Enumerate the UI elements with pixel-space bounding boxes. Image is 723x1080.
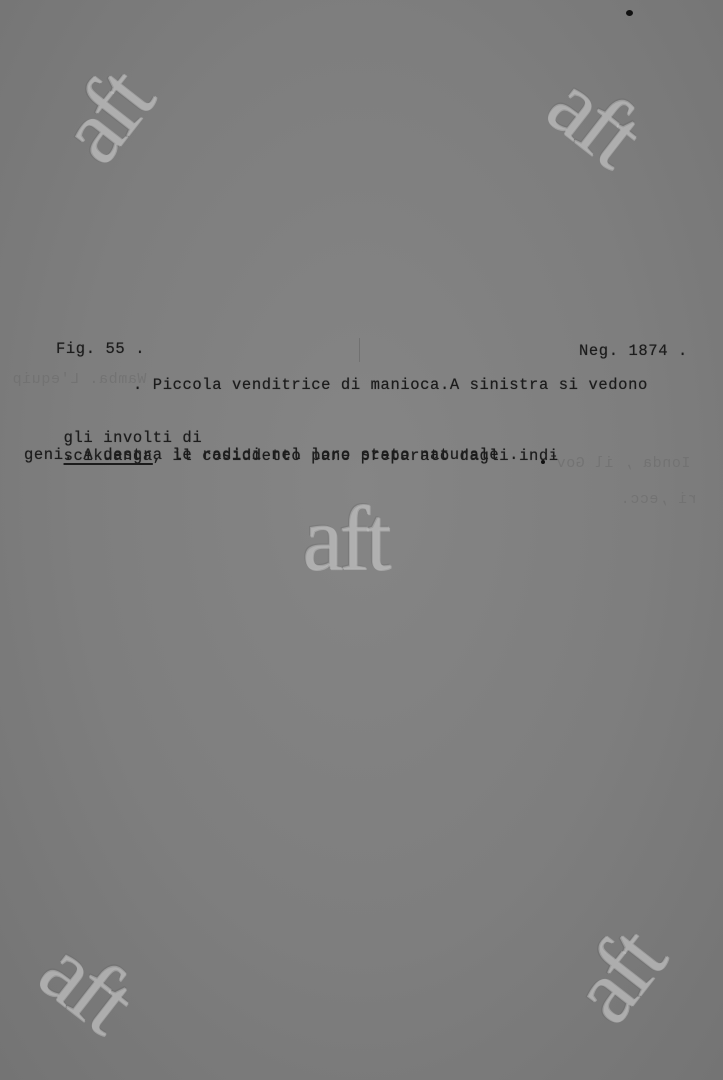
bleed-through-line-3: ri ,ecc.: [620, 491, 697, 508]
caption-line-3: geni. A destra le radici nel loro stato …: [24, 446, 519, 464]
watermark-top-right: aft: [533, 56, 657, 181]
dust-speck: [626, 10, 633, 16]
negative-number: Neg. 1874 .: [579, 342, 688, 360]
figure-label: Fig. 55 .: [56, 340, 145, 358]
bleed-through-line-1: Wamba. L'equip: [12, 371, 146, 388]
paper-crease: [359, 338, 360, 362]
watermark-top-left: aft: [42, 54, 167, 178]
caption-line-2-start: gli involti di: [64, 429, 203, 447]
watermark-bottom-left: aft: [25, 922, 149, 1047]
scanned-page: aft aft aft aft aft Wamba. L'equip Ionda…: [0, 0, 723, 1080]
caption-line-1: . Piccola venditrice di manioca.A sinist…: [133, 376, 648, 394]
watermark-bottom-right: aft: [554, 914, 679, 1038]
watermark-center: aft: [302, 492, 387, 584]
bleed-through-line-2: Ionda , il Gov: [556, 455, 690, 472]
